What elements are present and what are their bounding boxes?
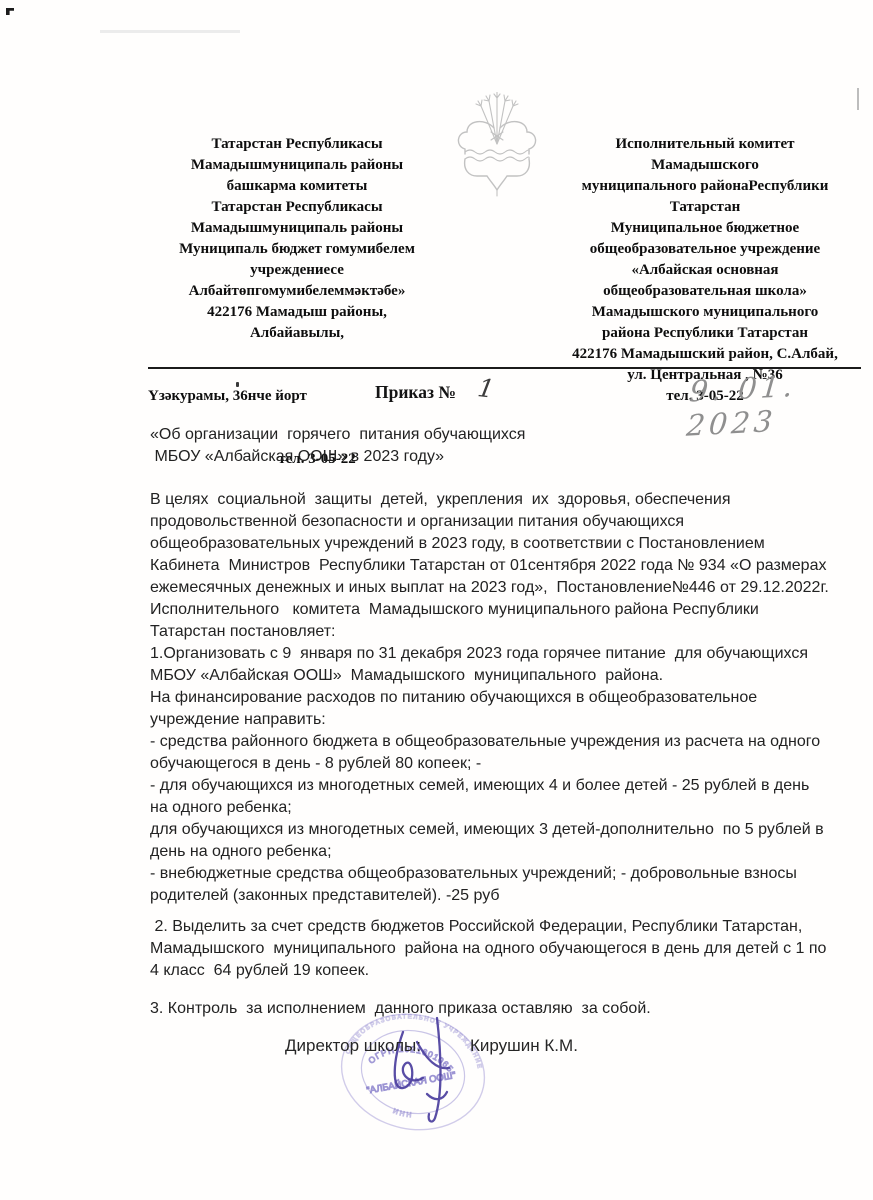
signature-name: Кирушин К.М. xyxy=(470,1036,578,1056)
order-title: Приказ № xyxy=(375,382,456,403)
order-subject: «Об организации горячего питания обучающ… xyxy=(150,424,862,468)
coat-of-arms-icon xyxy=(447,92,547,202)
scan-corner-artifact xyxy=(6,8,14,15)
scan-streak-artifact xyxy=(100,30,240,33)
letterhead-divider-rule xyxy=(148,367,861,369)
body-paragraph-3: 3. Контроль за исполнением данного прика… xyxy=(150,998,862,1020)
body-paragraph-1: В целях социальной защиты детей, укрепле… xyxy=(150,489,862,907)
document-page: Татарстан Республикасы Мамадышмуниципаль… xyxy=(0,0,873,1200)
body-paragraph-2: 2. Выделить за счет средств бюджетов Рос… xyxy=(150,916,862,982)
signature-label: Директор школы: xyxy=(285,1036,421,1056)
letterhead-left-text: Татарстан Республикасы Мамадышмуниципаль… xyxy=(148,134,446,344)
order-number-handwritten: 1 xyxy=(476,373,497,403)
order-title-row: Приказ № 1 9. 01. 2023 xyxy=(148,380,861,420)
signature-autograph xyxy=(383,1012,473,1132)
